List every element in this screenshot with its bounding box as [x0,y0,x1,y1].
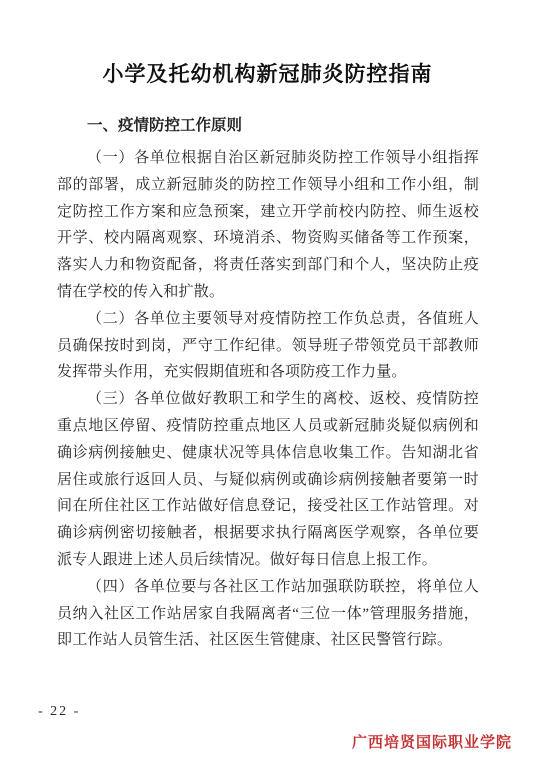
document-body: 一、疫情防控工作原则 （一）各单位根据自治区新冠肺炎防控工作领导小组指挥部的部署… [57,112,479,654]
paragraph-4: （四）各单位要与各社区工作站加强联防联控，将单位人员纳入社区工作站居家自我隔离者… [57,574,479,654]
paragraph-block: （一）各单位根据自治区新冠肺炎防控工作领导小组指挥部的部署，成立新冠肺炎的防控工… [57,145,479,654]
document-title: 小学及托幼机构新冠肺炎防控指南 [0,0,535,88]
paragraph-3: （三）各单位做好教职工和学生的离校、返校、疫情防控重点地区停留、疫情防控重点地区… [57,386,479,574]
institution-watermark: 广西培贤国际职业学院 [352,731,512,752]
page-number: - 22 - [38,704,80,720]
paragraph-2: （二）各单位主要领导对疫情防控工作负总责，各值班人员确保按时到岗，严守工作纪律。… [57,306,479,386]
section-heading: 一、疫情防控工作原则 [57,112,479,139]
document-page: 小学及托幼机构新冠肺炎防控指南 一、疫情防控工作原则 （一）各单位根据自治区新冠… [0,0,535,763]
paragraph-1: （一）各单位根据自治区新冠肺炎防控工作领导小组指挥部的部署，成立新冠肺炎的防控工… [57,145,479,306]
